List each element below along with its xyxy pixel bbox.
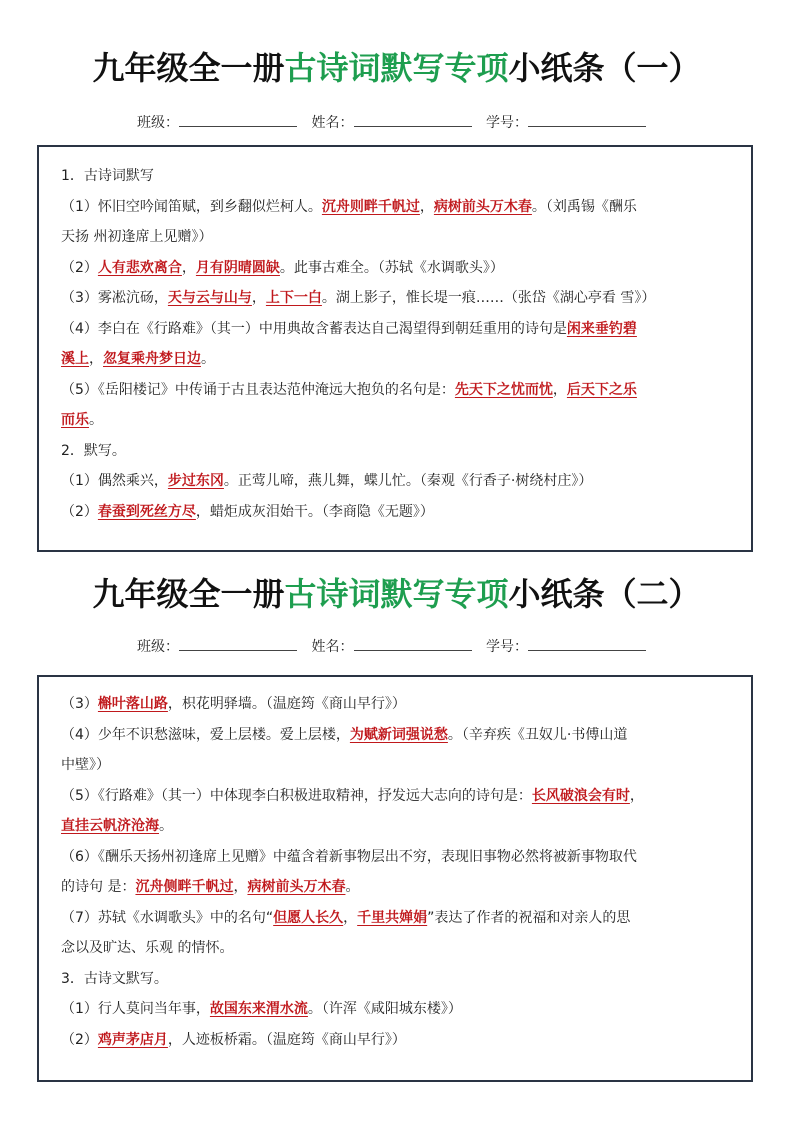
title-part-green: 古诗词默写专项 [284,49,508,87]
answer-text: 直挂云帆济沧海 [61,818,159,834]
sheet2-title: 九年级全一册古诗词默写专项小纸条（二） [0,574,793,614]
text-line: 溪上，忽复乘舟梦日边。 [61,344,751,375]
prompt-text: ， [252,290,266,306]
answer-text: 后天下之乐 [567,382,637,398]
answer-text: 病树前头万木春 [434,199,532,215]
prompt-text: 2．默写。 [61,443,126,459]
title-part-green: 古诗词默写专项 [284,575,508,613]
text-line: 念以及旷达、乐观 的情怀。 [61,933,751,964]
prompt-text: （1）偶然乘兴， [61,473,168,489]
prompt-text: ， [420,199,434,215]
prompt-text: （1）怀旧空吟闻笛赋，到乡翻似烂柯人。 [61,199,322,215]
answer-text: 月有阴晴圆缺 [196,260,280,276]
text-line: （4）李白在《行路难》（其一）中用典故含蓄表达自己渴望得到朝廷重用的诗句是闲来垂… [61,314,751,345]
prompt-text: ，枳花明驿墙。（温庭筠《商山早行》） [168,696,406,712]
prompt-text: ， [343,910,357,926]
sheet2-info-row: 班级： 姓名： 学号： [0,636,793,657]
answer-text: 槲叶落山路 [98,696,168,712]
prompt-text: ，蜡炬成灰泪始干。（李商隐《无题》） [196,504,434,520]
prompt-text: （4）少年不识愁滋味，爱上层楼。爱上层楼， [61,727,350,743]
answer-text: 病树前头万木春 [247,879,345,895]
prompt-text: （7）苏轼《水调歌头》中的名句“ [61,910,273,926]
title-part-black: 九年级全一册 [92,49,284,87]
answer-text: 千里共婵娟 [357,910,427,926]
prompt-text: 。（辛弃疾《丑奴儿·书傅山道 [448,727,627,743]
prompt-text: 。此事古难全。（苏轼《水调歌头》） [280,260,504,276]
name-label: 姓名： [312,115,354,131]
answer-text: 春蚕到死丝方尽 [98,504,196,520]
text-line: （7）苏轼《水调歌头》中的名句“但愿人长久，千里共婵娟”表达了作者的祝福和对亲人… [61,903,751,934]
answer-text: 鸡声茅店月 [98,1032,168,1048]
text-line: 天扬 州初逢席上见赠》） [61,222,751,253]
prompt-text: 的诗句 是： [61,879,135,895]
sheet2-content-box: （3）槲叶落山路，枳花明驿墙。（温庭筠《商山早行》）（4）少年不识愁滋味，爱上层… [37,675,753,1082]
text-line: 1．古诗词默写 [61,161,751,192]
sheet1-info-row: 班级： 姓名： 学号： [0,112,793,133]
prompt-text: 3．古诗文默写。 [61,971,168,987]
text-line: （3）槲叶落山路，枳花明驿墙。（温庭筠《商山早行》） [61,689,751,720]
text-line: （3）雾凇沆砀，天与云与山与，上下一白。湖上影子，惟长堤一痕……（张岱《湖心亭看… [61,283,751,314]
answer-text: 故国东来渭水流 [210,1001,308,1017]
text-line: （1）行人莫问当年事，故国东来渭水流。（许浑《咸阳城东楼》） [61,994,751,1025]
text-line: 直挂云帆济沧海。 [61,811,751,842]
prompt-text: ”表达了作者的祝福和对亲人的思 [427,910,630,926]
title-part-black: 小纸条（二） [509,575,701,613]
answer-text: 上下一白 [266,290,322,306]
class-label: 班级： [137,639,179,655]
answer-text: 忽复乘舟梦日边 [103,351,201,367]
prompt-text: （5）《行路难》（其一）中体现李白积极进取精神，抒发远大志向的诗句是： [61,788,532,804]
answer-text: 闲来垂钓碧 [567,321,637,337]
prompt-text: 。 [345,879,359,895]
name-blank[interactable] [354,636,472,651]
answer-text: 沉舟则畔千帆过 [322,199,420,215]
prompt-text: 中壁》） [61,757,110,773]
answer-text: 溪上 [61,351,89,367]
id-label: 学号： [486,115,528,131]
text-line: （4）少年不识愁滋味，爱上层楼。爱上层楼，为赋新词强说愁。（辛弃疾《丑奴儿·书傅… [61,720,751,751]
prompt-text: ， [182,260,196,276]
prompt-text: 。 [201,351,215,367]
prompt-text: ， [630,788,644,804]
text-line: （5）《岳阳楼记》中传诵于古且表达范仲淹远大抱负的名句是：先天下之忧而忧，后天下… [61,375,751,406]
class-label: 班级： [137,115,179,131]
answer-text: 先天下之忧而忧 [455,382,553,398]
prompt-text: 。正莺儿啼，燕儿舞，蝶儿忙。（秦观《行香子·树绕村庄》） [224,473,592,489]
prompt-text: 。湖上影子，惟长堤一痕……（张岱《湖心亭看 雪》） [322,290,655,306]
prompt-text: 念以及旷达、乐观 的情怀。 [61,940,233,956]
text-line: 中壁》） [61,750,751,781]
prompt-text: （2） [61,1032,98,1048]
prompt-text: 。（刘禹锡《酬乐 [532,199,637,215]
prompt-text: ，人迹板桥霜。（温庭筠《商山早行》） [168,1032,406,1048]
prompt-text: 天扬 州初逢席上见赠》） [61,229,212,245]
name-blank[interactable] [354,112,472,127]
prompt-text: 。 [159,818,173,834]
text-line: （1）偶然乘兴，步过东冈。正莺儿啼，燕儿舞，蝶儿忙。（秦观《行香子·树绕村庄》） [61,466,751,497]
answer-text: 天与云与山与 [168,290,252,306]
sheet1-content-box: 1．古诗词默写（1）怀旧空吟闻笛赋，到乡翻似烂柯人。沉舟则畔千帆过，病树前头万木… [37,145,753,552]
text-line: （5）《行路难》（其一）中体现李白积极进取精神，抒发远大志向的诗句是：长风破浪会… [61,781,751,812]
prompt-text: 。 [89,412,103,428]
answer-text: 但愿人长久 [273,910,343,926]
prompt-text: （3） [61,696,98,712]
text-line: 3．古诗文默写。 [61,964,751,995]
prompt-text: （2） [61,504,98,520]
text-line: （2）春蚕到死丝方尽，蜡炬成灰泪始干。（李商隐《无题》） [61,497,751,528]
id-label: 学号： [486,639,528,655]
prompt-text: 。（许浑《咸阳城东楼》） [308,1001,462,1017]
prompt-text: 1．古诗词默写 [61,168,154,184]
answer-text: 步过东冈 [168,473,224,489]
title-part-black: 九年级全一册 [92,575,284,613]
answer-text: 人有悲欢离合 [98,260,182,276]
text-line: 而乐。 [61,405,751,436]
prompt-text: （1）行人莫问当年事， [61,1001,210,1017]
prompt-text: （2） [61,260,98,276]
prompt-text: ， [89,351,103,367]
answer-text: 为赋新词强说愁 [350,727,448,743]
prompt-text: ， [233,879,247,895]
prompt-text: （5）《岳阳楼记》中传诵于古且表达范仲淹远大抱负的名句是： [61,382,455,398]
title-part-black: 小纸条（一） [509,49,701,87]
class-blank[interactable] [179,636,297,651]
prompt-text: ， [553,382,567,398]
text-line: （1）怀旧空吟闻笛赋，到乡翻似烂柯人。沉舟则畔千帆过，病树前头万木春。（刘禹锡《… [61,192,751,223]
answer-text: 沉舟侧畔千帆过 [135,879,233,895]
name-label: 姓名： [312,639,354,655]
prompt-text: （4）李白在《行路难》（其一）中用典故含蓄表达自己渴望得到朝廷重用的诗句是 [61,321,567,337]
answer-text: 而乐 [61,412,89,428]
prompt-text: （6）《酬乐天扬州初逢席上见赠》中蕴含着新事物层出不穷，表现旧事物必然将被新事物… [61,849,637,865]
text-line: 的诗句 是：沉舟侧畔千帆过，病树前头万木春。 [61,872,751,903]
text-line: （6）《酬乐天扬州初逢席上见赠》中蕴含着新事物层出不穷，表现旧事物必然将被新事物… [61,842,751,873]
text-line: （2）鸡声茅店月，人迹板桥霜。（温庭筠《商山早行》） [61,1025,751,1056]
prompt-text: （3）雾凇沆砀， [61,290,168,306]
answer-text: 长风破浪会有时 [532,788,630,804]
sheet1-title: 九年级全一册古诗词默写专项小纸条（一） [0,48,793,88]
id-blank[interactable] [528,636,646,651]
class-blank[interactable] [179,112,297,127]
id-blank[interactable] [528,112,646,127]
text-line: （2）人有悲欢离合，月有阴晴圆缺。此事古难全。（苏轼《水调歌头》） [61,253,751,284]
text-line: 2．默写。 [61,436,751,467]
